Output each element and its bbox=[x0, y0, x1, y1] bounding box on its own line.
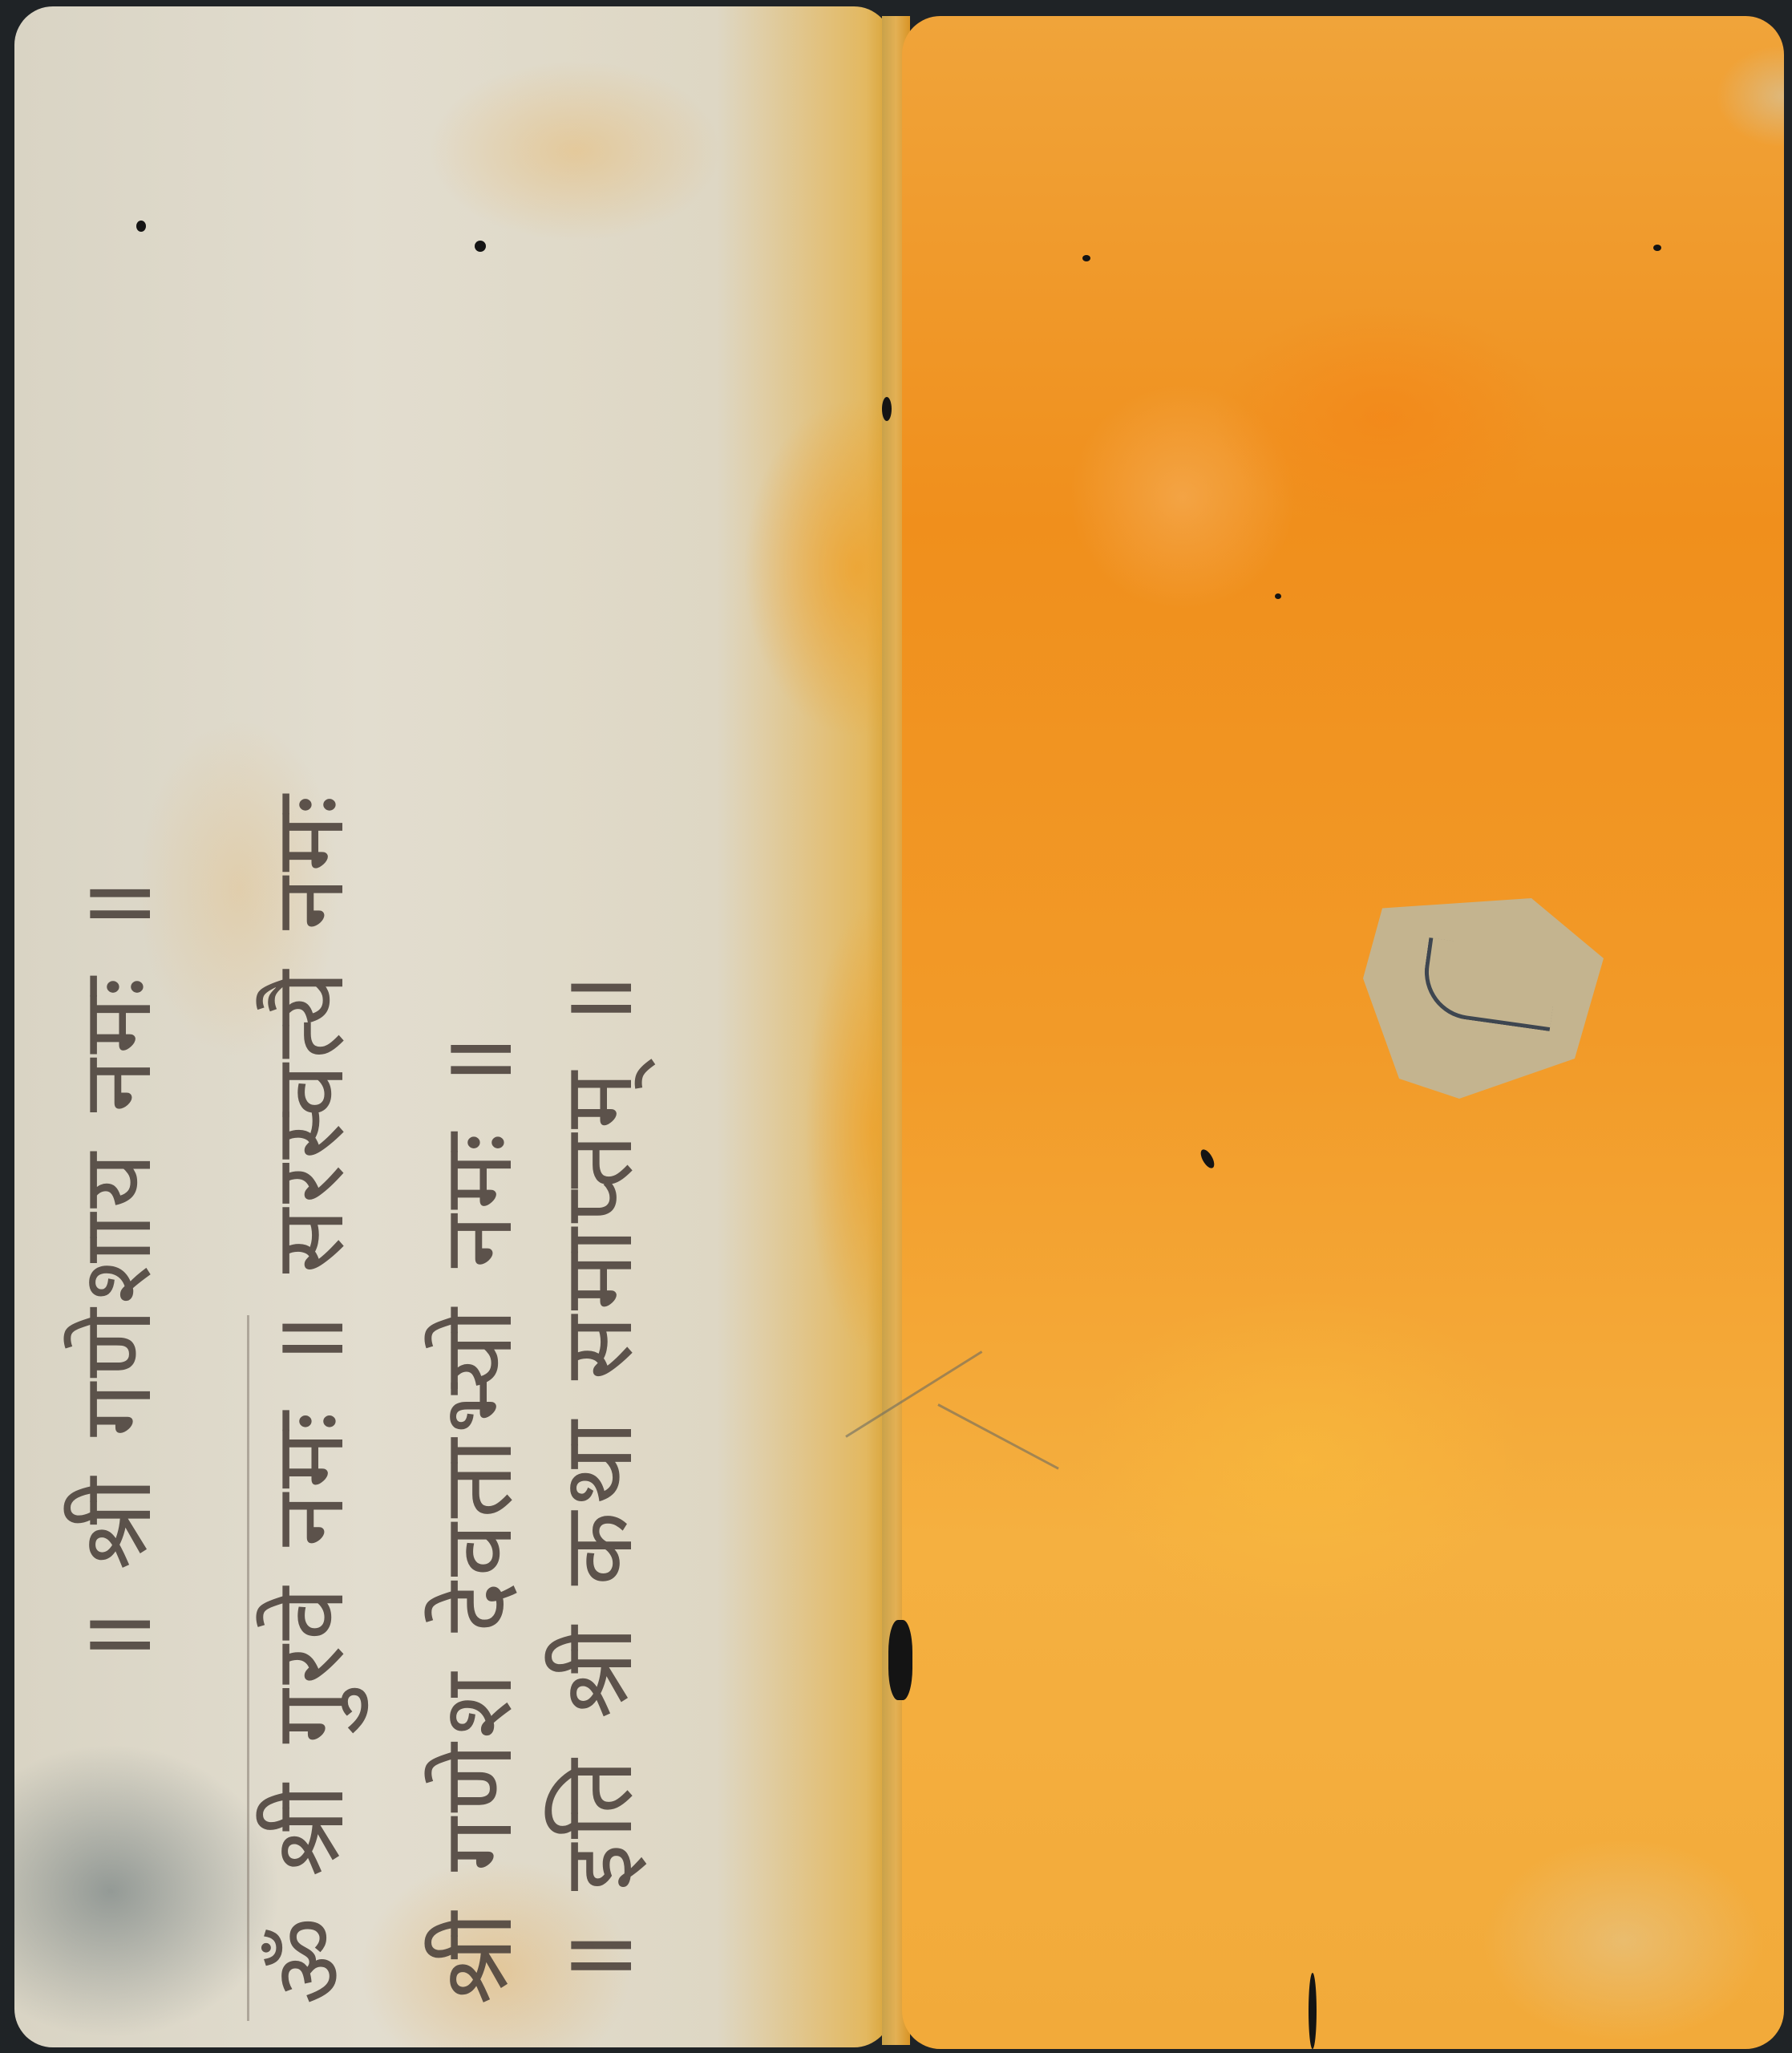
margin-rule-line bbox=[247, 1315, 249, 2021]
binding-hole bbox=[882, 397, 892, 421]
manuscript-right-page bbox=[902, 16, 1784, 2049]
binding-hole bbox=[888, 1620, 912, 1700]
worm-hole bbox=[1082, 255, 1090, 261]
script-line-4: ॥ इति श्री कथा समाप्तम् ॥ bbox=[529, 969, 660, 1989]
worm-hole bbox=[1653, 245, 1661, 251]
worm-hole bbox=[475, 241, 486, 252]
script-line-3: श्री गणेश देवताभ्यो नमः ॥ bbox=[409, 1030, 540, 2005]
script-line-2: ॐ श्री गुरवे नमः ॥ सरस्वत्यै नमः bbox=[241, 790, 371, 2005]
worm-hole bbox=[1275, 593, 1281, 599]
worm-hole bbox=[1309, 1973, 1317, 2049]
worm-hole bbox=[136, 221, 146, 232]
script-line-1: ॥ श्री गणेशाय नमः ॥ bbox=[48, 874, 179, 1668]
